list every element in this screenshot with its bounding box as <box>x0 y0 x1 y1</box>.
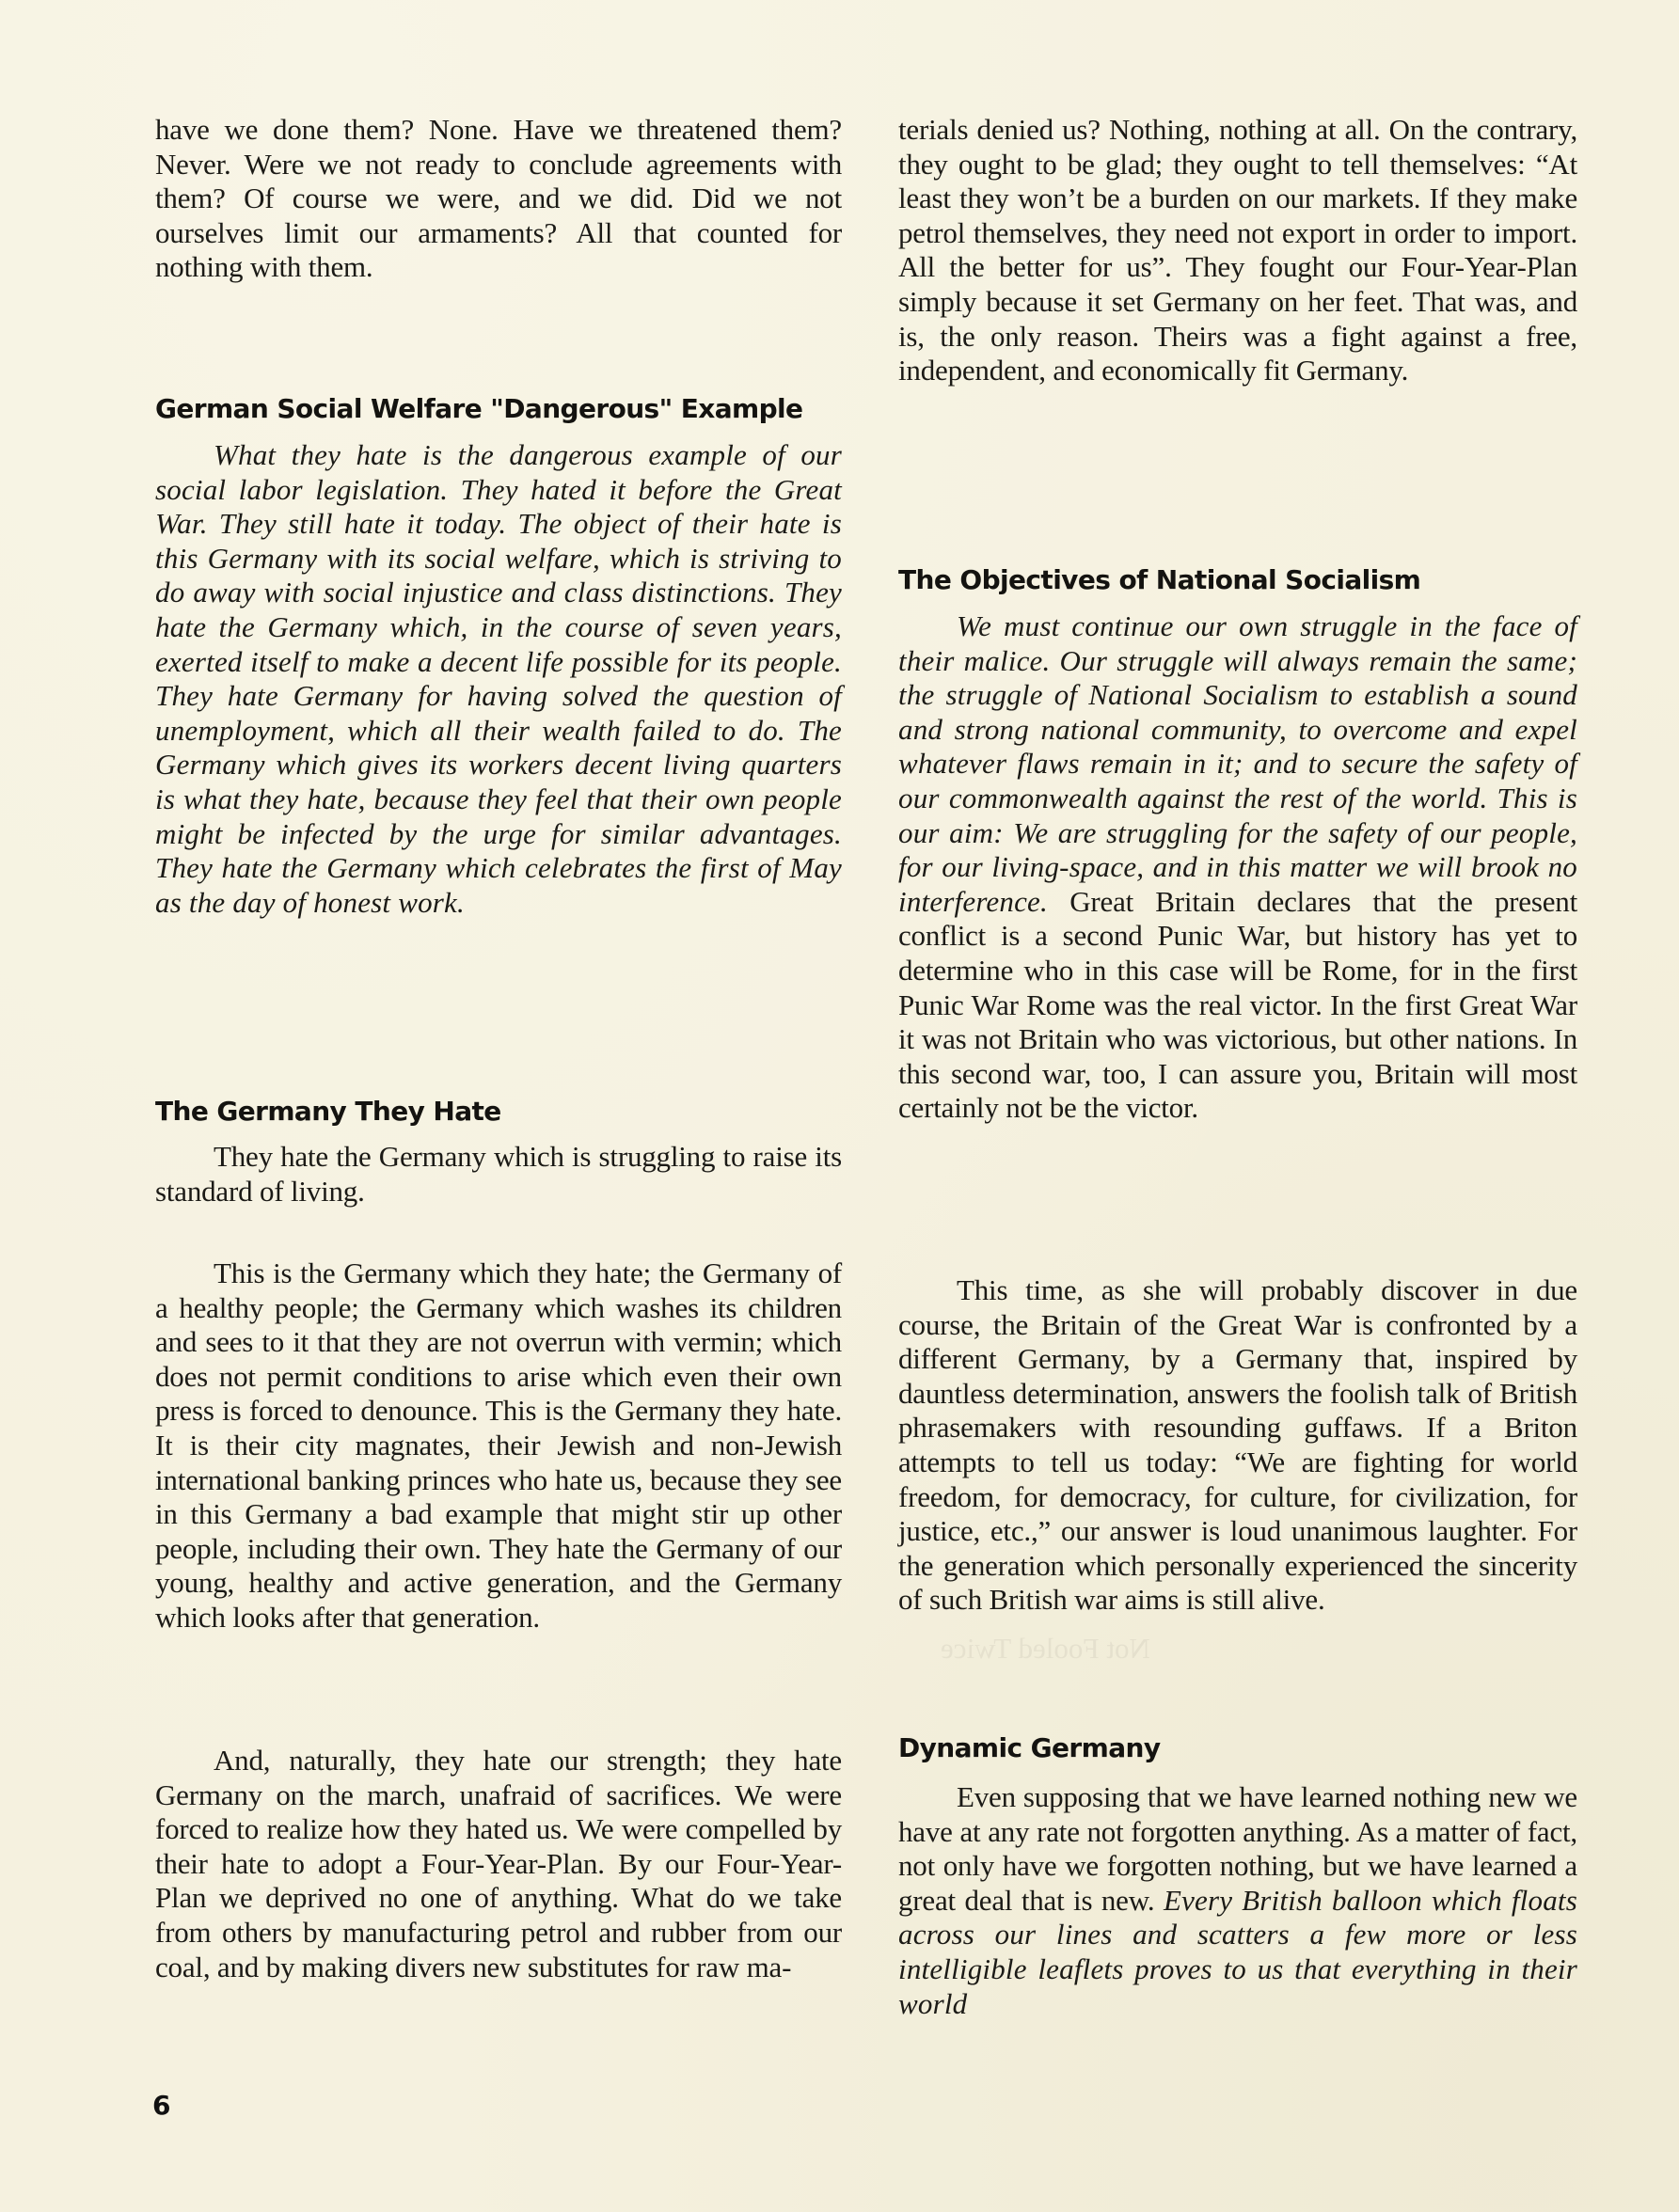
roman-run: Great Britain declares that the present … <box>898 885 1577 1125</box>
section-heading: German Social Welfare "Dangerous" Exampl… <box>155 393 842 425</box>
paragraph: We must continue our own struggle in the… <box>898 609 1577 1126</box>
italic-paragraph: What they hate is the dangerous example … <box>155 438 842 920</box>
section-heading: The Germany They Hate <box>155 1096 842 1128</box>
section-heading: Dynamic Germany <box>898 1732 1577 1764</box>
paragraph: Even supposing that we have learned noth… <box>898 1780 1577 2021</box>
paragraph: And, naturally, they hate our strength; … <box>155 1744 842 1984</box>
paragraph: have we done them? None. Have we threate… <box>155 113 842 285</box>
section-heading: The Objectives of National Socialism <box>898 564 1577 596</box>
italic-run: We must continue our own struggle in the… <box>898 609 1577 918</box>
paragraph: terials denied us? Nothing, nothing at a… <box>898 113 1577 388</box>
paragraph: This time, as she will probably discover… <box>898 1273 1577 1618</box>
paragraph: This is the Germany which they hate; the… <box>155 1256 842 1635</box>
show-through-text: Not Fooled Twice <box>941 1632 1150 1667</box>
page-number: 6 <box>152 2090 170 2121</box>
paragraph: They hate the Germany which is strugglin… <box>155 1140 842 1209</box>
